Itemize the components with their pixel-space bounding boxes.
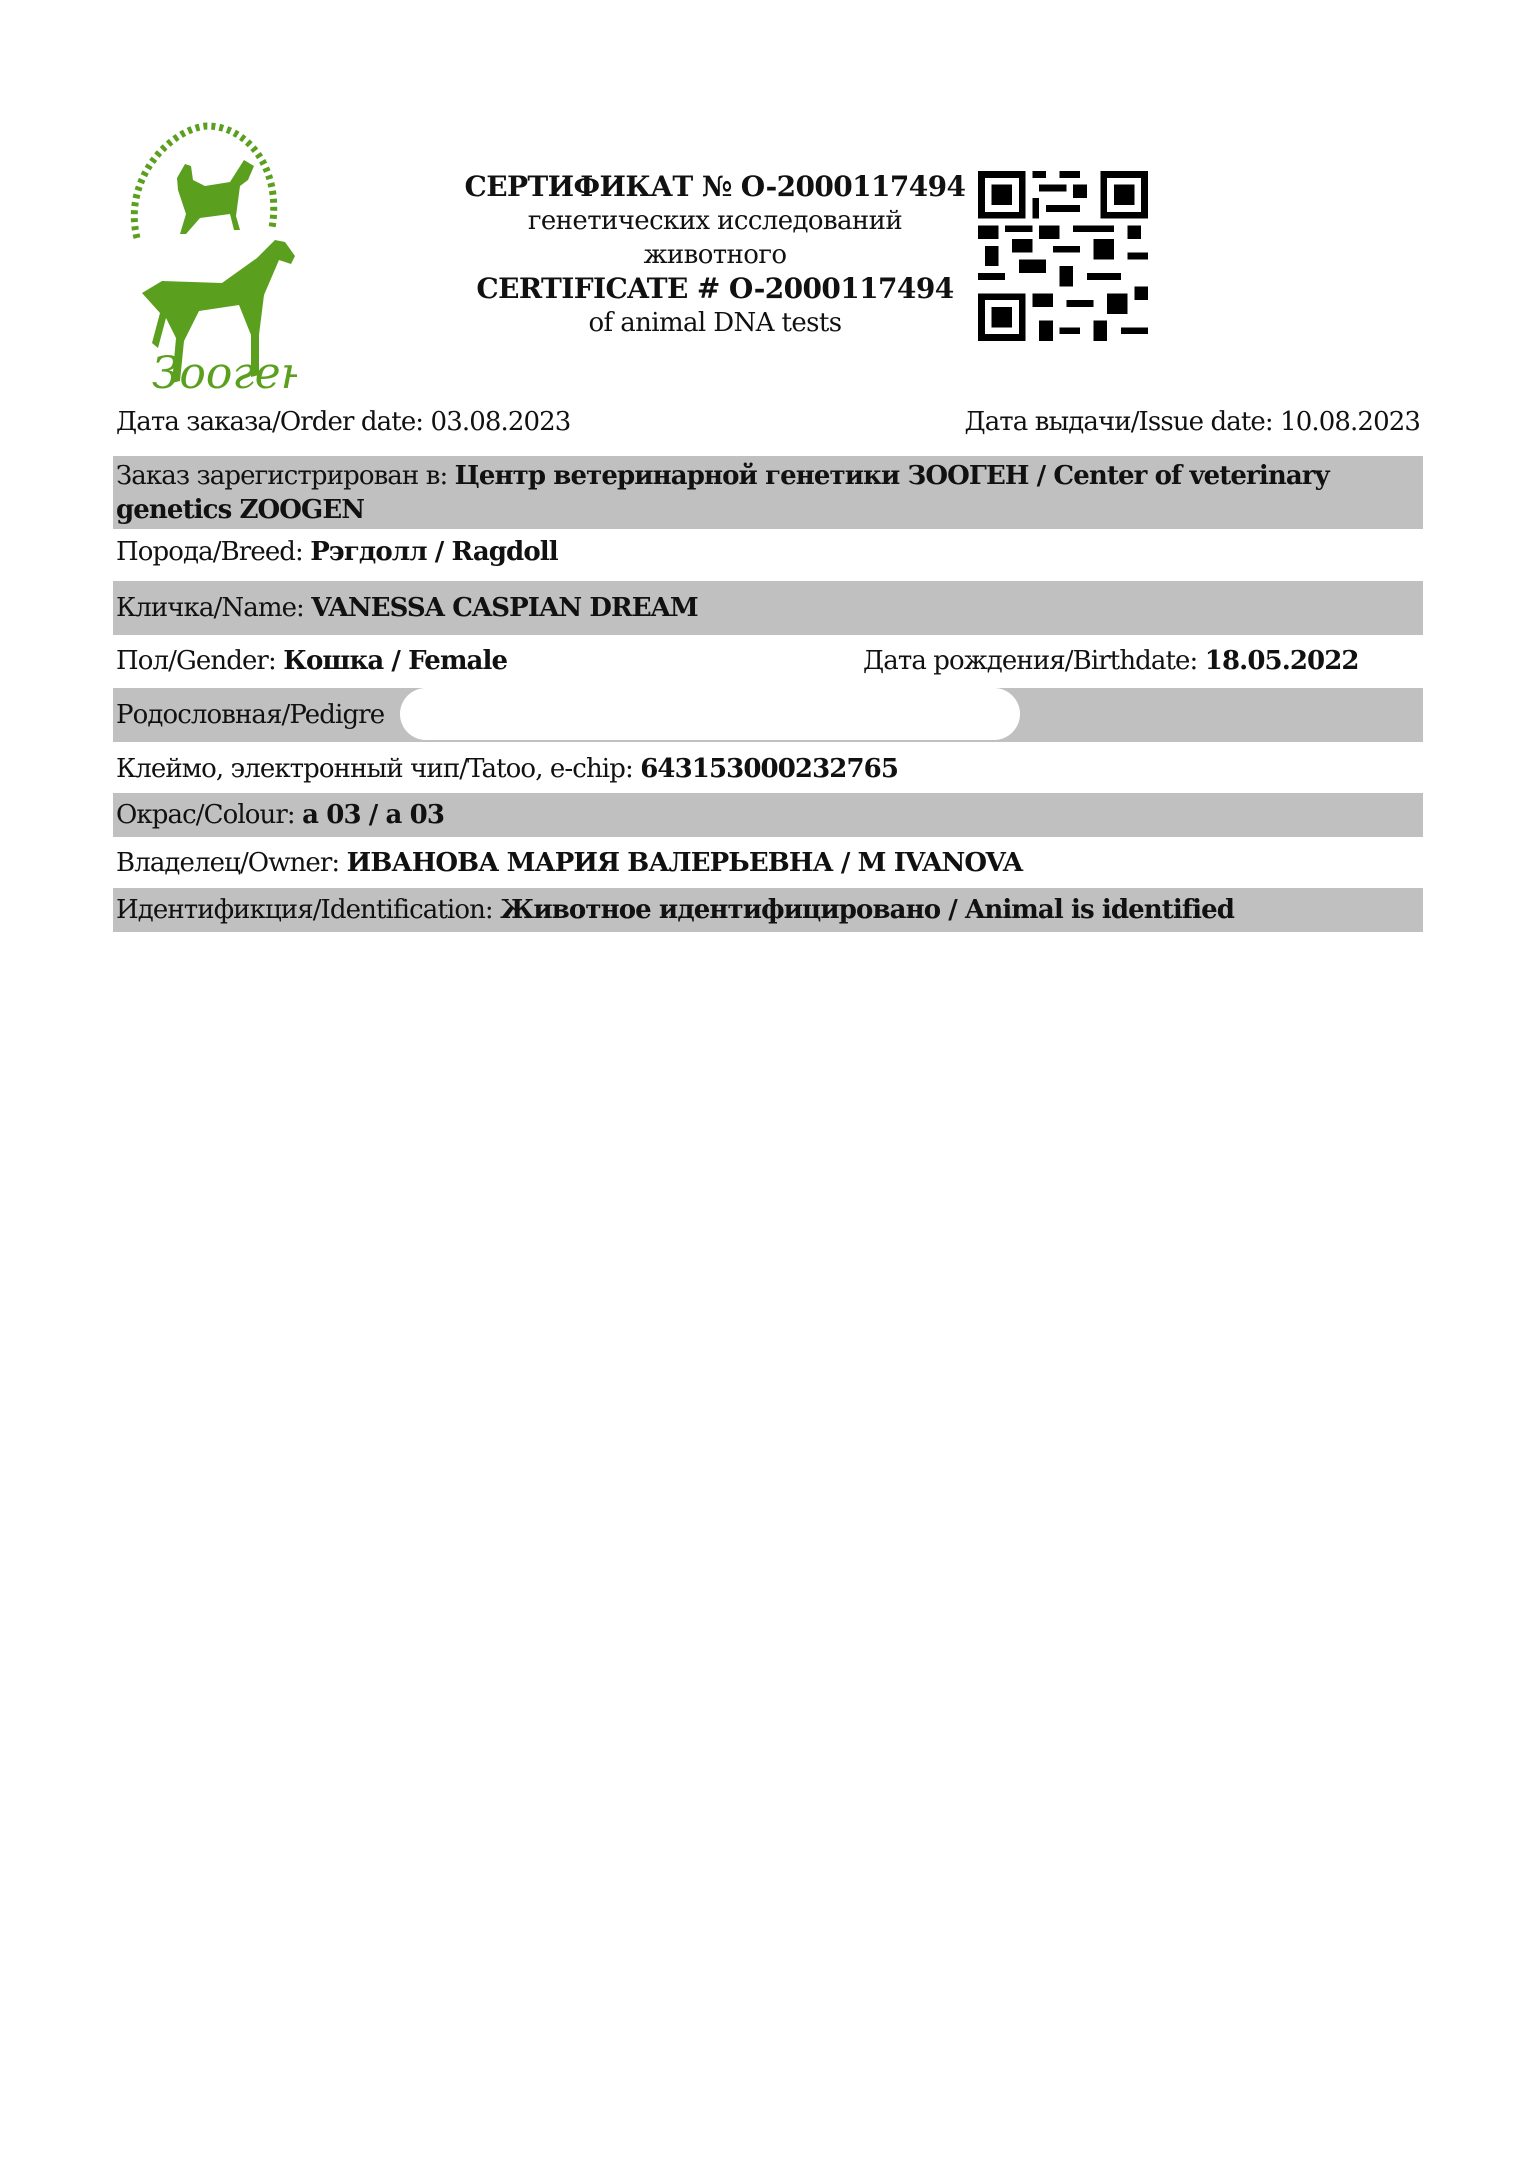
qr-code xyxy=(978,171,1148,341)
certificate-header: СЕРТИФИКАТ № O-2000117494 генетических и… xyxy=(440,170,990,340)
birthdate-label: Дата рождения/Birthdate: xyxy=(863,646,1205,676)
owner-label: Владелец/Owner: xyxy=(116,848,347,878)
title-en: CERTIFICATE # O-2000117494 xyxy=(440,272,990,306)
issue-date-label: Дата выдачи/Issue date: xyxy=(964,407,1280,437)
redaction xyxy=(400,688,1020,740)
name-label: Кличка/Name: xyxy=(116,593,311,623)
title-ru: СЕРТИФИКАТ № O-2000117494 xyxy=(440,170,990,204)
owner-value: ИВАНОВА МАРИЯ ВАЛЕРЬЕВНА / M IVANOVA xyxy=(347,848,1023,878)
name-row: Кличка/Name: VANESSA CASPIAN DREAM xyxy=(113,581,1423,635)
chip-label: Клеймо, электронный чип/Tatoo, e-chip: xyxy=(116,754,640,784)
name-value: VANESSA CASPIAN DREAM xyxy=(311,593,698,623)
gender-row: Пол/Gender: Кошка / Female Дата рождения… xyxy=(113,640,1423,682)
birthdate-value: 18.05.2022 xyxy=(1205,646,1359,676)
pedigree-label: Родословная/Pedigre xyxy=(116,700,384,730)
gender-label: Пол/Gender: xyxy=(116,646,283,676)
order-date: 03.08.2023 xyxy=(431,407,571,437)
gender-value: Кошка / Female xyxy=(283,646,507,676)
colour-value: a 03 / a 03 xyxy=(302,800,444,830)
identification-label: Идентификция/Identification: xyxy=(116,895,500,925)
chip-row: Клеймо, электронный чип/Tatoo, e-chip: 6… xyxy=(113,748,1423,790)
chip-value: 643153000232765 xyxy=(640,754,898,784)
owner-row: Владелец/Owner: ИВАНОВА МАРИЯ ВАЛЕРЬЕВНА… xyxy=(113,842,1423,884)
breed-label: Порода/Breed: xyxy=(116,537,310,567)
order-date-label: Дата заказа/Order date: xyxy=(116,407,431,437)
subtitle-ru-1: генетических исследований xyxy=(440,204,990,238)
identification-row: Идентификция/Identification: Животное ид… xyxy=(113,888,1423,932)
identification-value: Животное идентифицировано / Animal is id… xyxy=(500,895,1234,925)
subtitle-ru-2: животного xyxy=(440,238,990,272)
breed-row: Порода/Breed: Рэгдолл / Ragdoll xyxy=(113,537,1423,577)
registered-row: Заказ зарегистрирован в: Центр ветеринар… xyxy=(113,456,1423,529)
dates-row: Дата заказа/Order date: 03.08.2023 Дата … xyxy=(113,407,1423,447)
issue-date: 10.08.2023 xyxy=(1280,407,1420,437)
subtitle-en: of animal DNA tests xyxy=(440,306,990,340)
registered-label: Заказ зарегистрирован в: xyxy=(116,461,455,491)
zoogen-logo: Зооген xyxy=(112,118,297,393)
colour-row: Окрас/Colour: a 03 / a 03 xyxy=(113,793,1423,837)
svg-text:Зооген: Зооген xyxy=(152,348,297,393)
breed-value: Рэгдолл / Ragdoll xyxy=(310,537,557,567)
colour-label: Окрас/Colour: xyxy=(116,800,302,830)
